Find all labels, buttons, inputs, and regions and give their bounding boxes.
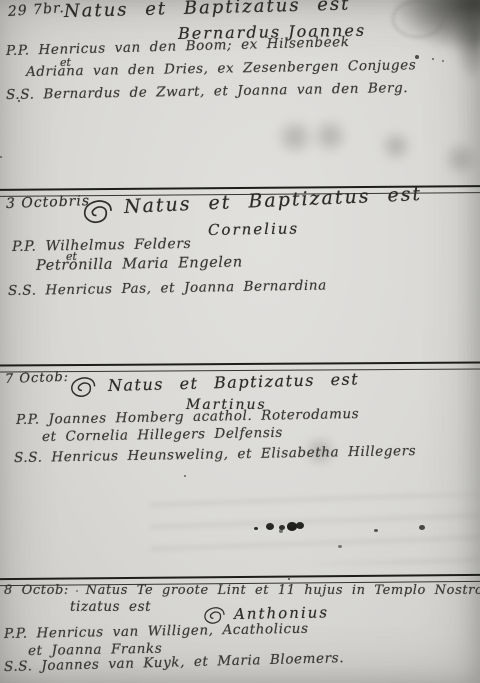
sponsors-line: S.S. Bernardus de Zwart, et Joanna van d… xyxy=(6,80,409,103)
pen-flourish-icon xyxy=(77,194,124,228)
register-page: 29 7br. Natus et Baptizatus est Bernardu… xyxy=(0,0,480,683)
parents-line: P.P. Henricus van Willigen, Acatholicus xyxy=(4,621,309,642)
entry-heading-continued: tizatus est xyxy=(70,599,151,615)
entry-heading: Natus et Baptizatus est xyxy=(108,369,360,395)
entry-date: 7 Octob: xyxy=(5,370,70,387)
parents-line: P.P. Wilhelmus Felders xyxy=(12,236,192,255)
ring-stain xyxy=(392,0,444,38)
paper-stain xyxy=(310,118,350,154)
edge-streak-stain xyxy=(452,12,480,82)
paper-stain xyxy=(272,120,318,154)
entry-date: 29 7br. xyxy=(7,0,65,20)
pen-flourish-icon xyxy=(65,371,106,402)
parents-line: Petronilla Maria Engelen xyxy=(36,254,243,274)
child-name: Anthonius xyxy=(234,603,329,623)
parents-line: P.P. Henricus van den Boom; ex Hilsenbee… xyxy=(6,34,350,59)
entry-heading: Natus Te groote Lint et 11 hujus in Temp… xyxy=(86,583,480,598)
child-name: Cornelius xyxy=(208,219,299,239)
paper-stain xyxy=(378,130,414,162)
corner-smudge-stain xyxy=(396,0,480,50)
bleed-through-text xyxy=(150,494,480,564)
entry-divider xyxy=(0,361,480,372)
parents-line: P.P. Joannes Homberg acathol. Roterodamu… xyxy=(16,406,360,428)
parents-line: Adriana van den Dries, ex Zesenbergen Co… xyxy=(26,57,417,80)
entry-heading: Natus et Baptizatus est xyxy=(64,0,351,22)
entry-date: 8 Octob: xyxy=(4,583,69,598)
parents-line: et Cornelia Hillegers Delfensis xyxy=(42,425,283,445)
entry-date-and-heading: 8 Octob: Natus Te groote Lint et 11 huju… xyxy=(4,583,480,598)
sponsors-line: S.S. Henricus Heunsweling, et Elisabetha… xyxy=(14,443,416,466)
sponsors-line: S.S. Henricus Pas, et Joanna Bernardina xyxy=(8,277,327,299)
paper-stain xyxy=(440,142,480,176)
